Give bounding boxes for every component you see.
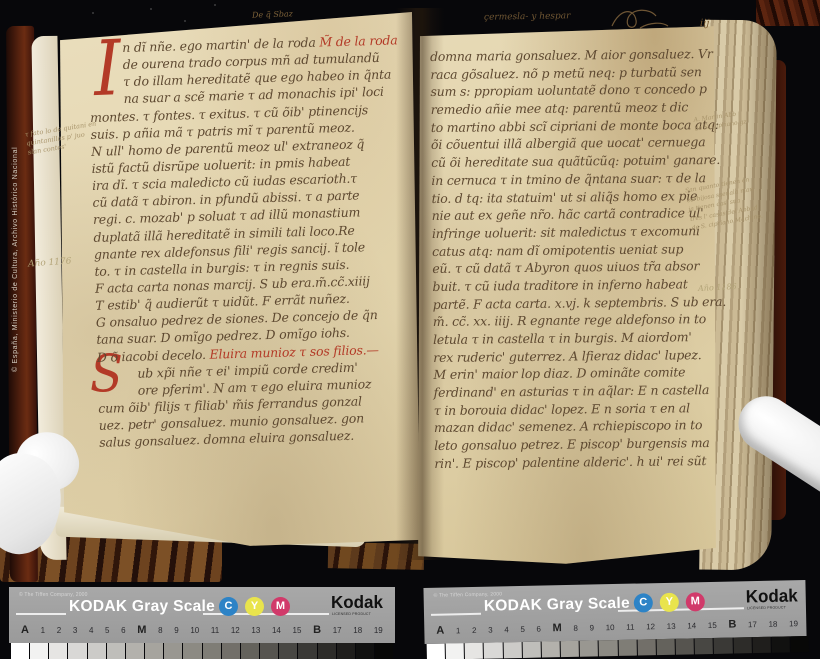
scale-step-label: 9 — [589, 623, 594, 632]
scale-step-label: 3 — [488, 625, 493, 634]
text-segment: letula τ in castella τ in burgis. M aior… — [433, 329, 692, 347]
left-page-text: n dĩ nñe. ego martin' de la roda M̃ de l… — [88, 31, 409, 451]
dust-speck — [214, 4, 216, 6]
gray-patch — [714, 638, 732, 654]
scale-step-label: 5 — [105, 626, 109, 635]
kodak-gray-scale-bar-left: © The Tiffen Company, 2000 KODAK Gray Sc… — [9, 587, 395, 643]
text-segment: m̃. cc̃. xx. iiij. R egnante rege aldefo… — [433, 311, 706, 329]
scale-step-label: 19 — [789, 619, 798, 628]
scale-step-label: 10 — [606, 623, 615, 632]
text-segment: τ in borouia didac' lopez. E n soria τ e… — [434, 400, 690, 418]
scale-step-label: 8 — [573, 623, 578, 632]
text-segment: rin'. E piscop' palentine alderic'. h ui… — [434, 453, 706, 471]
gray-patch — [427, 644, 445, 659]
gray-patch — [484, 642, 502, 658]
gray-patch — [695, 638, 713, 654]
scale-step-label: 13 — [251, 626, 260, 635]
gray-scale-step-labels: A123456M89101112131415B171819 — [436, 614, 798, 640]
gray-patch — [356, 643, 374, 659]
text-segment: catus atq: nam dĩ omipotentis ueniat sup — [432, 241, 683, 259]
right-page-text: domna maria gonsaluez. M aior gonsaluez.… — [430, 45, 728, 473]
scale-step-label: 4 — [89, 626, 93, 635]
scale-step-label: 13 — [667, 621, 676, 630]
kodak-logo: Kodak — [331, 593, 383, 614]
scale-step-label: 11 — [626, 622, 634, 631]
gray-patch — [107, 643, 125, 659]
gray-patch — [446, 643, 464, 659]
text-segment: infringe uoluerit: sit maledictus τ exco… — [432, 223, 700, 241]
gray-scale-step-labels: A123456M89101112131415B171819 — [21, 621, 383, 639]
scale-step-label: 9 — [174, 626, 178, 635]
scale-step-label: 14 — [272, 626, 281, 635]
white-glove-left — [0, 426, 102, 556]
yellow-patch-icon: Y — [245, 597, 264, 616]
text-segment: domna maria gonsaluez. M aior gonsaluez.… — [430, 46, 713, 64]
kodak-gray-scale-title: KODAK Gray Scale — [69, 598, 215, 616]
gray-patch — [183, 643, 201, 659]
scale-step-label: 1 — [456, 626, 461, 635]
text-segment: in cernuca τ in tmino de q̃ntana suar: τ… — [431, 170, 706, 188]
gray-patch — [337, 643, 355, 659]
gray-patch — [126, 643, 144, 659]
text-segment: õi cõuentui illã albergiã que uocat' cer… — [431, 135, 706, 153]
scale-step-label: M — [552, 622, 561, 634]
scale-step-label: 17 — [748, 620, 757, 629]
scale-step-label: 18 — [768, 619, 777, 628]
scale-step-label: A — [21, 624, 29, 636]
manuscript-photograph: © España, Ministerio de Cultura, Archivo… — [0, 0, 820, 659]
gray-patch — [791, 636, 809, 652]
kodak-gray-scale-title: KODAK Gray Scale — [484, 595, 630, 616]
gray-patch — [752, 637, 770, 653]
scale-step-label: 8 — [158, 626, 162, 635]
scale-step-label: 15 — [293, 626, 302, 635]
scale-step-label: 11 — [211, 626, 219, 635]
scale-step-label: 14 — [687, 621, 696, 630]
gray-patch — [522, 642, 540, 658]
gray-patch — [676, 638, 694, 654]
dust-speck — [92, 12, 94, 14]
copyright-text: © España, Ministerio de Cultura, Archivo… — [12, 147, 19, 372]
kodak-licensed-product: LICENSED PRODUCT — [332, 612, 371, 616]
magenta-patch-icon: M — [271, 597, 290, 616]
scale-step-label: A — [436, 625, 444, 637]
gray-patch — [656, 639, 674, 655]
scale-step-label: 6 — [121, 626, 125, 635]
underline — [431, 613, 481, 616]
scale-step-label: 3 — [73, 626, 77, 635]
scale-step-label: 5 — [520, 624, 525, 633]
gray-patch — [145, 643, 163, 659]
text-segment: tio. d tq: ita statuim' ut si aliq̃s hom… — [431, 188, 697, 206]
gray-patch — [618, 640, 636, 656]
scale-step-label: 19 — [374, 626, 383, 635]
text-segment: ferdinand' en asturias τ in aq̃lar: E n … — [434, 382, 710, 400]
gray-patch — [733, 637, 751, 653]
left-page-header-note: De q̃ Sbaz — [252, 9, 293, 19]
scale-step-label: B — [313, 624, 321, 636]
gray-patch — [279, 643, 297, 659]
gray-patch — [561, 641, 579, 657]
dust-speck — [150, 8, 152, 10]
gray-patch — [241, 643, 259, 659]
right-page-header-note: çermesla- y hespar — [484, 11, 571, 23]
scale-step-label: 17 — [333, 626, 342, 635]
text-segment: cũ õi hereditate sua quãtũcũq: potuim' g… — [431, 152, 720, 170]
grayscale-gradient-strip — [427, 636, 809, 659]
gray-patch — [637, 639, 655, 655]
gray-patch — [298, 643, 316, 659]
gray-patch — [503, 642, 521, 658]
scale-step-label: M — [137, 624, 146, 636]
gray-patch — [164, 643, 182, 659]
book-cover-corner — [756, 0, 820, 26]
kodak-gray-scale-bar-right: © The Tiffen Company, 2000 KODAK Gray Sc… — [423, 580, 806, 644]
gray-patch — [30, 643, 48, 659]
gray-patch — [88, 643, 106, 659]
gray-patch — [375, 643, 393, 659]
underline — [16, 613, 66, 615]
scale-step-label: 2 — [57, 626, 61, 635]
gray-patch — [465, 643, 483, 659]
scale-step-label: 15 — [708, 620, 717, 629]
gray-patch — [49, 643, 67, 659]
scale-step-label: B — [728, 618, 736, 630]
scale-step-label: 2 — [472, 625, 477, 634]
text-segment: eũ. τ cũ datã τ Abyron quos uiuos tr̃a a… — [432, 258, 699, 276]
text-segment: remedio añie mee atq: parentũ meoz t dic — [431, 99, 689, 117]
text-segment: M̃ de la roda — [319, 32, 398, 49]
scale-step-label: 12 — [231, 626, 240, 635]
scale-step-label: 4 — [504, 625, 509, 634]
text-segment: mazan didac' semenez. A rchiepiscopo in … — [434, 418, 702, 436]
scale-step-label: 10 — [190, 626, 199, 635]
kodak-logo: Kodak — [746, 586, 798, 608]
gray-patch — [542, 641, 560, 657]
text-segment: nie aut ex geñe nr̃o. hãc cartã contradi… — [432, 205, 704, 223]
scale-step-label: 12 — [646, 622, 655, 631]
gray-patch — [580, 640, 598, 656]
gray-patch — [318, 643, 336, 659]
gray-patch — [599, 640, 617, 656]
text-segment: partẽ. F acta carta. x.vj. k septembris.… — [433, 294, 727, 312]
cyan-patch-icon: C — [219, 597, 238, 616]
text-segment: D õ iacobi decelo. — [97, 346, 210, 364]
scale-step-label: 18 — [353, 626, 362, 635]
scale-step-label: 1 — [41, 626, 45, 635]
dust-speck — [184, 20, 186, 22]
gray-patch — [222, 643, 240, 659]
ink-flourish-icon — [610, 6, 672, 32]
text-segment: leto gonsaluo petrez. E piscop' burgensi… — [434, 435, 710, 453]
gray-patch — [771, 636, 789, 652]
kodak-licensed-product: LICENSED PRODUCT — [747, 605, 786, 610]
text-segment: raca gõsaluez. nõ p metũ neq: p turbatũ … — [430, 64, 702, 82]
gray-patch — [11, 643, 29, 659]
manuscript-line: rin'. E piscop' palentine alderic'. h ui… — [434, 452, 728, 473]
grayscale-gradient-strip — [11, 643, 393, 659]
text-segment: buit. τ cũ iuda traditore in inferno hab… — [432, 276, 687, 294]
text-segment: rex ruderic' guterrez. A lfieraz didac' … — [433, 347, 701, 365]
gray-patch — [203, 643, 221, 659]
text-segment: M erin' maior lop diaz. D ominãte comite — [433, 365, 685, 383]
gray-patch — [260, 643, 278, 659]
scale-step-label: 6 — [536, 624, 541, 633]
text-segment: sum s: ppropiam uoluntatẽ dono τ concedo… — [430, 81, 706, 99]
gray-patch — [68, 643, 86, 659]
text-segment: to martino abbi scĩ cipriani de monte bo… — [431, 117, 719, 135]
folio-number: iij — [700, 18, 710, 29]
